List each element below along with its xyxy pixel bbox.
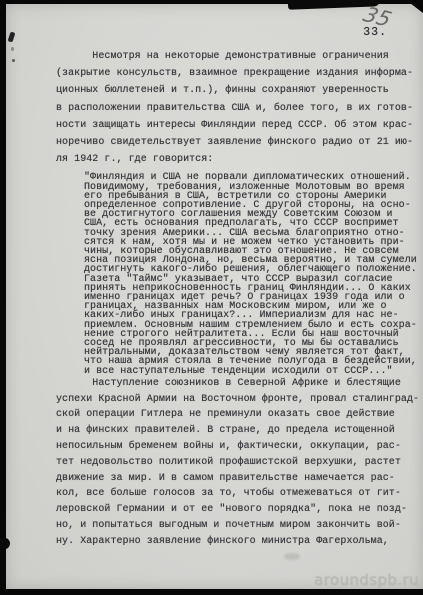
- page-number: 33.: [363, 26, 387, 39]
- document-page: 35 33. Несмотря на некоторые демонстрати…: [6, 4, 423, 589]
- text-line: леровской Германии и от ее "нового поряд…: [56, 502, 422, 518]
- text-line: Наступление союзников в Северной Африке …: [56, 376, 422, 392]
- paragraph-2: Наступление союзников в Северной Африке …: [56, 376, 422, 550]
- text-line: ционных бюллетеней и т.п.), финны сохран…: [56, 82, 422, 99]
- text-line: в расположении правительства США и, боле…: [56, 100, 422, 117]
- text-line: Несмотря на некоторые демонстративные ог…: [56, 48, 422, 65]
- text-line: ской операции Гитлера не преминули оказа…: [56, 407, 422, 423]
- edge-blot: [0, 538, 10, 549]
- text-line: кол, все больше голосов за то, чтобы отм…: [56, 486, 422, 502]
- paper-smudge: [284, 553, 300, 560]
- binding-mark-3: [12, 59, 15, 62]
- text-line: тет недовольство политикой профашистской…: [56, 455, 422, 471]
- text-line: и все наступательные тенденции исходили …: [84, 367, 422, 376]
- document-text: Несмотря на некоторые демонстративные ог…: [56, 48, 422, 550]
- clipped-corner: [406, 0, 423, 13]
- watermark: aroundspb.ru: [314, 571, 419, 589]
- text-line: непосильным бременем войны и, фактически…: [56, 439, 422, 455]
- text-line: успехи Красной Армии на Восточном фронте…: [56, 392, 422, 408]
- text-line: движение за мир. И в самом правительстве…: [56, 471, 422, 487]
- quoted-finnish-radio-statement: "Финляндия и США не порвали дипломатичес…: [84, 173, 422, 375]
- text-line: но, и попытаться выгодным и почетным мир…: [56, 518, 422, 534]
- text-line: ности защищать интересы Финляндии перед …: [56, 117, 422, 134]
- text-line: ля 1942 г., где говорится:: [56, 151, 422, 168]
- text-line: ну. Характерно заявление финского минист…: [56, 534, 422, 550]
- scanned-document: 35 33. Несмотря на некоторые демонстрати…: [0, 0, 423, 595]
- paragraph-1: Несмотря на некоторые демонстративные ог…: [56, 48, 422, 168]
- text-line: и на финских правителей. В стране, до пр…: [56, 423, 422, 439]
- text-line: норечиво свидетельствует заявление финск…: [56, 134, 422, 151]
- binding-mark-2: [11, 47, 14, 51]
- text-line: (закрытие консульств, взаимное прекращен…: [56, 65, 422, 82]
